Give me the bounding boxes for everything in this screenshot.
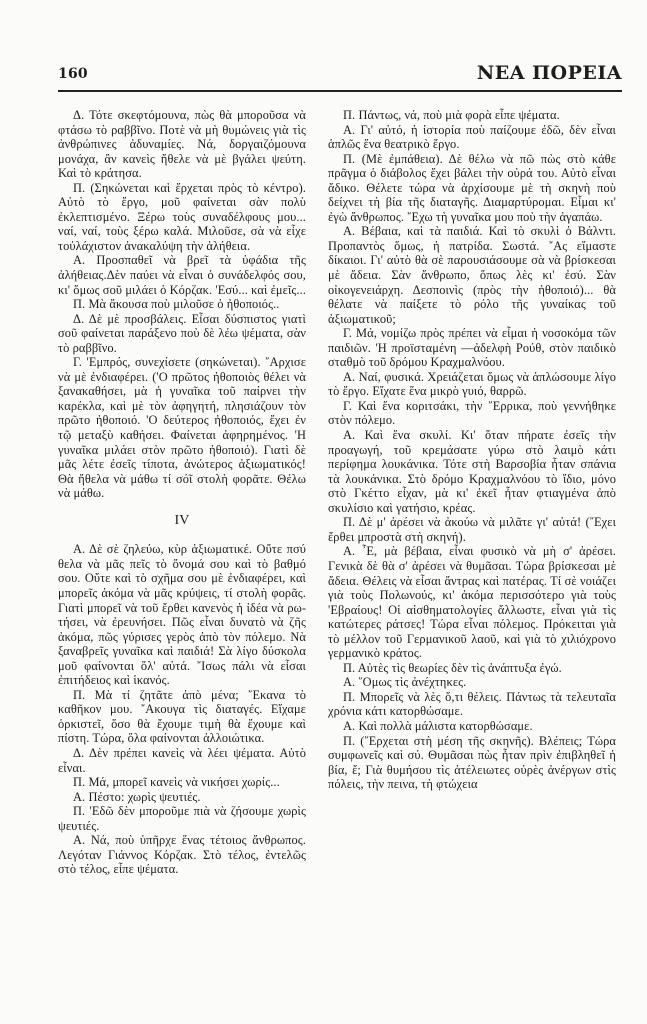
paragraph: Π. Μά, μπορεῖ κανεὶς νὰ νικήσει χω­ρίς..…: [58, 775, 306, 790]
paragraph: Α. Πέστο: χωρὶς ψευτιές.: [58, 790, 306, 805]
paragraph: Π. Αὐτὲς τὶς θεωρίες δὲν τὶς ἀνάπτυ­ξα ἐ…: [328, 661, 616, 676]
paragraph: Γ. 'Εμπρός, συνεχίσετε (σηκώνεται). ῎Αρχ…: [58, 355, 306, 500]
paragraph: Π. Πάντως, νά, ποὺ μιὰ φορὰ εἶπε ψέματα.: [328, 108, 616, 123]
paragraph: Π. Δὲ μ' ἀρέσει νὰ ἀκούω νὰ μιλᾶτε γι' α…: [328, 515, 616, 544]
paragraph: Α. ῏Ε, μὰ βέβαια, εἶναι φυσικὸ νὰ μὴ σ' …: [328, 544, 616, 660]
paragraph: Π. (Μὲ ἐμπάθεια). Δὲ θέλω νὰ πῶ πὼς στὸ …: [328, 152, 616, 225]
paragraph: Α. Βέβαια, καὶ τὰ παιδιά. Καὶ τὸ σκυ­λὶ …: [328, 224, 616, 326]
page-number: 160: [58, 66, 88, 82]
section-heading: IV: [58, 514, 306, 529]
paragraph: Δ. Δὲ μὲ προσβάλεις. Εἶσαι δύσπιστος για…: [58, 312, 306, 356]
paragraph: Π. (῎Ερχεται στὴ μέση τῆς σκηνῆς). Βλέπε…: [328, 734, 616, 792]
paragraph: Π. 'Εδῶ δὲν μποροῦμε πιὰ νὰ ζήσουμε χωρὶ…: [58, 804, 306, 833]
paragraph: Α. Δὲ σὲ ζηλεύω, κὺρ ἀξιωματικέ. Οὔτε πσ…: [58, 542, 306, 687]
right-column: Π. Πάντως, νά, ποὺ μιὰ φορὰ εἶπε ψέματα.…: [328, 108, 616, 792]
paragraph: Δ. Τότε σκεφτόμουνα, πὼς θὰ μπο­ροῦσα νὰ…: [58, 108, 306, 181]
paragraph: Α. Ναί, φυσικά. Χρειάζεται ὅμως νὰ ἁπλώσ…: [328, 370, 616, 399]
paragraph: Α. Γι' αὐτό, ἡ ἱστορία ποὺ παίζουμε ἐδῶ,…: [328, 123, 616, 152]
header-rule: [58, 90, 622, 92]
paragraph: Α. Καὶ ἕνα σκυλί. Κι' ὅταν πήρατε ἐσεῖς …: [328, 428, 616, 515]
paragraph: Π. Μὰ τί ζητᾶτε ἀπὸ μένα; ῎Εκανα τὸ καθῆ…: [58, 688, 306, 746]
paragraph: Π. Μπορεῖς νὰ λὲς ὅ,τι θέλεις. Πάν­τως τ…: [328, 690, 616, 719]
paragraph: Δ. Δὲν πρέπει κανεὶς νὰ λέει ψέματα. Αὐτ…: [58, 746, 306, 775]
paragraph: Α. ῞Ομως τὶς ἀνέχτηκες.: [328, 675, 616, 690]
paragraph: Α. Νά, ποὺ ὑπῆρχε ἕνας τέτοιος ἄν­θρωπος…: [58, 833, 306, 877]
left-column: Δ. Τότε σκεφτόμουνα, πὼς θὰ μπο­ροῦσα νὰ…: [58, 108, 306, 877]
paragraph: Π. Μὰ ἄκουσα ποὺ μιλοῦσε ὁ ἠθοποιός..: [58, 297, 306, 312]
paragraph: Α. Καὶ πολλὰ μάλιστα κατορθώσαμε.: [328, 719, 616, 734]
paragraph: Γ. Μά, νομίζω πρὸς πρέπει νὰ εἶμαι ἡ νοσ…: [328, 326, 616, 370]
running-title: ΝΕΑ ΠΟΡΕΙΑ: [477, 62, 622, 84]
paragraph: Α. Προσπαθεῖ νὰ βρεῖ τὰ ὑφάδια τῆς ἀλήθε…: [58, 253, 306, 297]
paragraph: Γ. Καὶ ἕνα κοριτσάκι, τὴν ῞Ερρικα, ποὺ γ…: [328, 399, 616, 428]
paragraph: Π. (Σηκώνεται καὶ ἔρχεται πρὸς τὸ κέντρο…: [58, 181, 306, 254]
